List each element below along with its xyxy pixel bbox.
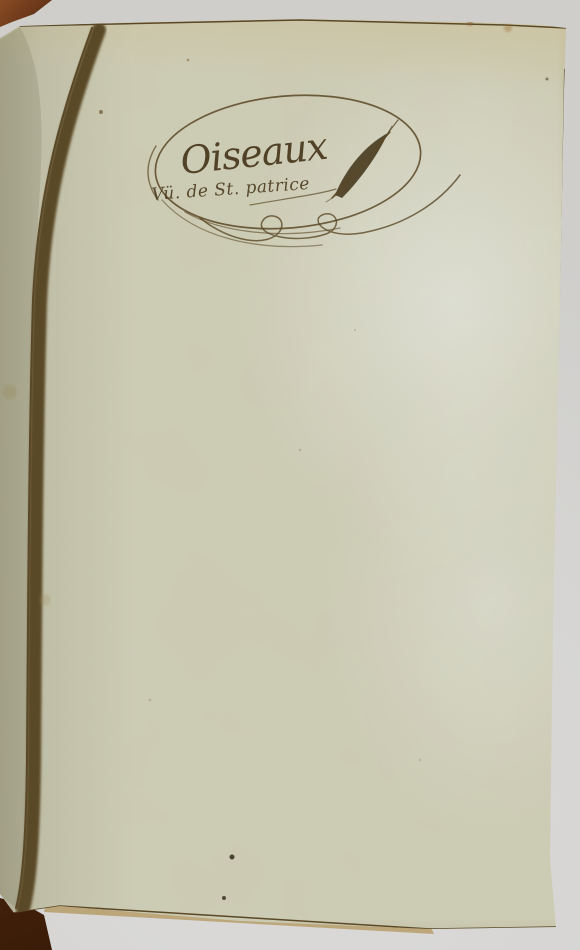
flyleaf-page: Oiseaux Vü. de St. patrice [0,0,580,950]
book-photograph: Oiseaux Vü. de St. patrice [0,0,580,950]
inscription-subtitle: Vü. de St. patrice [151,174,311,205]
ink-inscription: Oiseaux Vü. de St. patrice [130,70,480,260]
underline-flourish-tail [185,212,340,234]
